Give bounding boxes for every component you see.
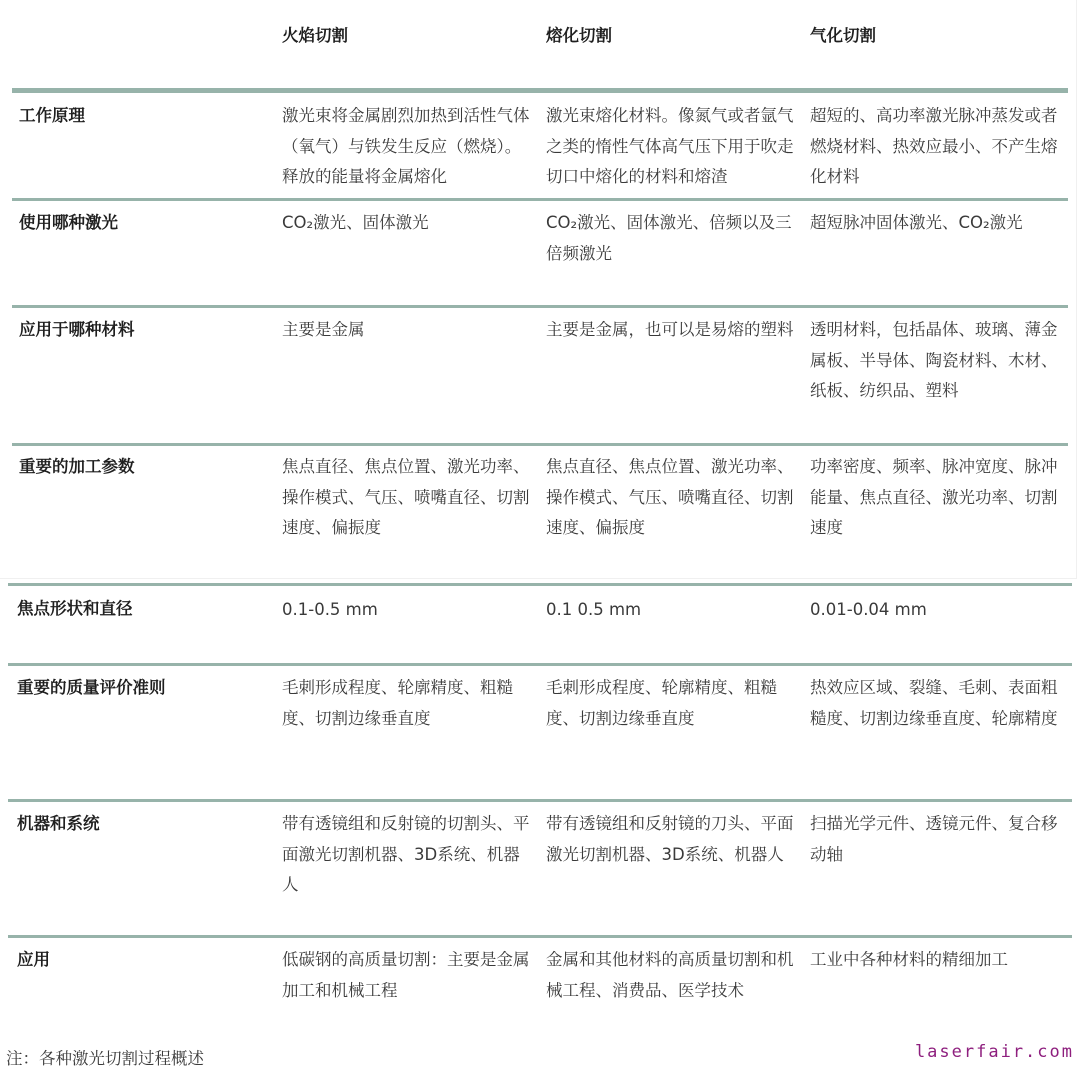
table-cell: 焦点直径、焦点位置、激光功率、操作模式、气压、喷嘴直径、切割速度、偏振度 [546,452,798,544]
table-cell: 0.1 0.5 mm [546,595,798,626]
table-cell: 毛刺形成程度、轮廓精度、粗糙度、切割边缘垂直度 [546,673,798,734]
table-cell: 扫描光学元件、透镜元件、复合移动轴 [810,809,1062,870]
row-divider [12,305,1068,308]
row-divider [12,198,1068,201]
row-label: 重要的质量评价准则 [17,673,166,703]
row-label: 应用 [17,945,50,975]
table-cell: 激光束熔化材料。像氮气或者氩气之类的惰性气体高气压下用于吹走切口中熔化的材料和熔… [546,101,798,193]
table-cell: CO₂激光、固体激光 [282,208,532,239]
table-cell: 主要是金属 [282,315,532,346]
table-cell: CO₂激光、固体激光、倍频以及三倍频激光 [546,208,798,269]
row-divider [8,935,1072,938]
column-header-fusion-cutting: 熔化切割 [546,22,612,46]
row-label: 机器和系统 [17,809,100,839]
table-caption-note: 注：各种激光切割过程概述 [6,1045,204,1069]
table-cell: 焦点直径、焦点位置、激光功率、操作模式、气压、喷嘴直径、切割速度、偏振度 [282,452,532,544]
row-divider [8,583,1072,586]
row-label: 工作原理 [19,101,85,131]
table-cell: 0.1-0.5 mm [282,595,532,626]
header-divider [12,88,1068,93]
row-divider [12,443,1068,446]
table-cell: 激光束将金属剧烈加热到活性气体（氧气）与铁发生反应（燃烧）。释放的能量将金属熔化 [282,101,532,193]
row-label: 焦点形状和直径 [17,594,133,624]
row-label: 重要的加工参数 [19,452,135,482]
table-cell: 透明材料，包括晶体、玻璃、薄金属板、半导体、陶瓷材料、木材、纸板、纺织品、塑料 [810,315,1062,407]
row-divider [8,663,1072,666]
watermark-laserfair: laserfair.com [915,1042,1074,1062]
table-cell: 金属和其他材料的高质量切割和机械工程、消费品、医学技术 [546,945,798,1006]
column-header-flame-cutting: 火焰切割 [282,22,348,46]
table-cell: 热效应区域、裂缝、毛刺、表面粗糙度、切割边缘垂直度、轮廓精度 [810,673,1062,734]
table-cell: 主要是金属，也可以是易熔的塑料 [546,315,798,346]
table-cell: 毛刺形成程度、轮廓精度、粗糙度、切割边缘垂直度 [282,673,532,734]
table-cell: 带有透镜组和反射镜的切割头、平面激光切割机器、3D系统、机器人 [282,809,532,901]
column-header-vaporization-cutting: 气化切割 [810,22,876,46]
table-cell: 低碳钢的高质量切割：主要是金属加工和机械工程 [282,945,532,1006]
table-cell: 带有透镜组和反射镜的刀头、平面激光切割机器、3D系统、机器人 [546,809,798,870]
table-cell: 超短的、高功率激光脉冲蒸发或者燃烧材料、热效应最小、不产生熔化材料 [810,101,1062,193]
row-label: 使用哪种激光 [19,208,118,238]
table-cell: 超短脉冲固体激光、CO₂激光 [810,208,1062,239]
table-cell: 功率密度、频率、脉冲宽度、脉冲能量、焦点直径、激光功率、切割速度 [810,452,1062,544]
table-cell: 0.01-0.04 mm [810,595,1062,626]
row-divider [8,799,1072,802]
row-label: 应用于哪种材料 [19,315,135,345]
table-cell: 工业中各种材料的精细加工 [810,945,1062,976]
